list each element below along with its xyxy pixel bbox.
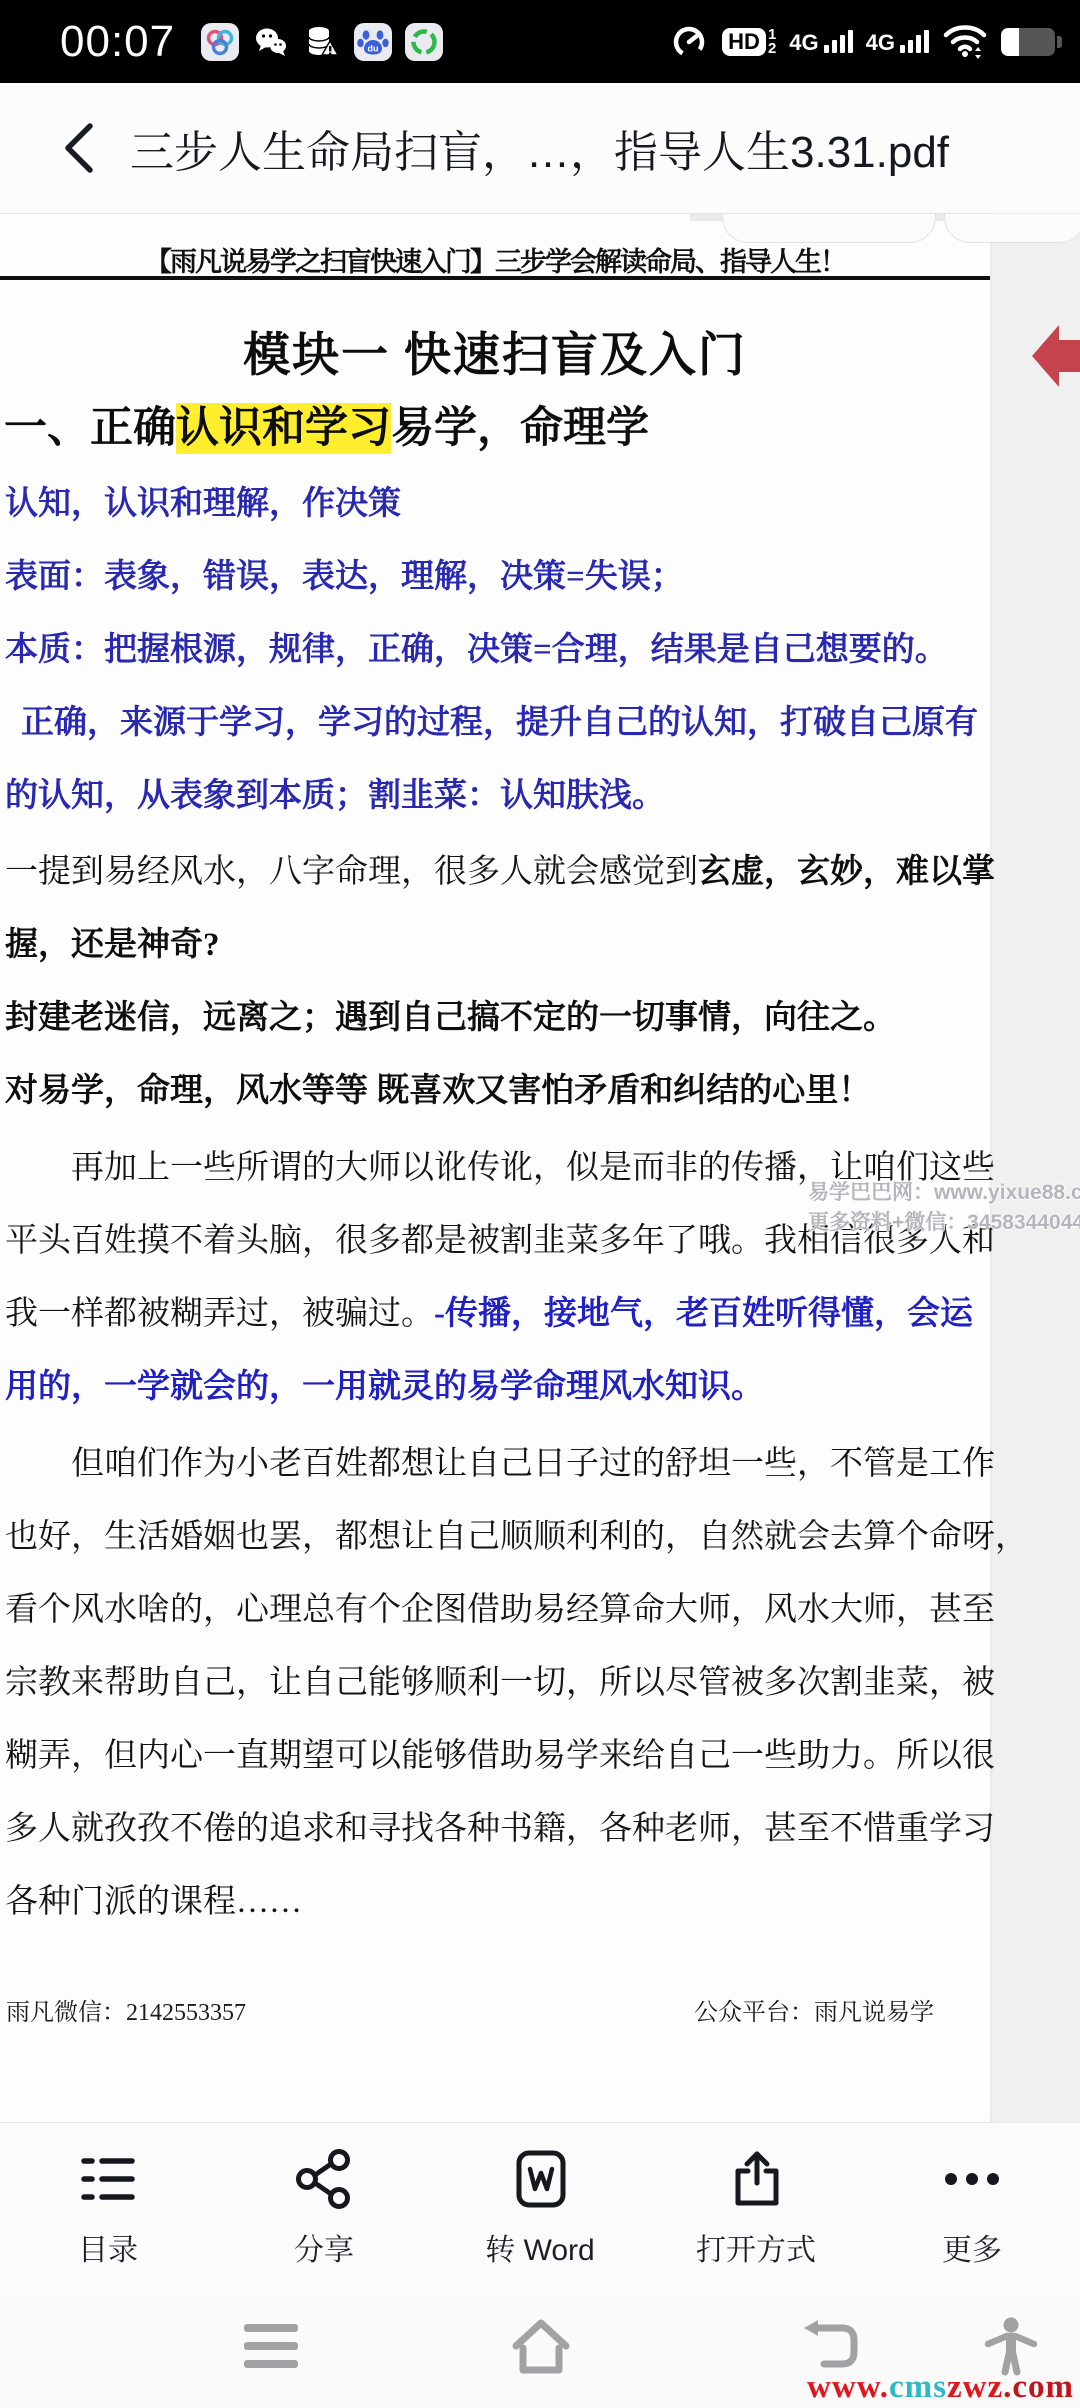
red-side-tab-arrow[interactable] <box>1032 314 1080 398</box>
toc-list-icon <box>78 2149 138 2209</box>
footer-wechat: 雨凡微信：2142553357 <box>6 1992 246 2027</box>
paragraph-1: 再加上一些所谓的大师以讹传讹，似是而非的传播，让咱们这些 平头百姓摸不着头脑，很… <box>5 1128 990 1420</box>
more-button[interactable]: 更多 <box>864 2123 1080 2295</box>
pdf-page-footer: 雨凡微信：2142553357 公众平台：雨凡说易学 <box>0 1992 990 2028</box>
wm-part: .com <box>1003 2369 1074 2405</box>
more-dots-icon <box>942 2149 1002 2209</box>
app-notification-icon-circles <box>201 23 239 61</box>
blue-notes-block: 认知，认识和理解，作决策 表面：表象，错误，表达，理解，决策=失误； 本质：把握… <box>5 464 990 829</box>
hd-sub: 2 <box>768 42 776 56</box>
notification-icons: du <box>201 23 443 61</box>
pdf-module-title: 模块一 快速扫盲及入门 <box>0 318 990 385</box>
text-line: 用的，一学就会的，一用就灵的易学命理风水知识。 <box>5 1347 990 1420</box>
text-normal: 一提到易经风水，八字命理，很多人就会感觉到 <box>5 845 698 892</box>
text-line: 正确，来源于学习，学习的过程，提升自己的认知，打破自己原有 <box>5 683 990 756</box>
battery-icon <box>1001 28 1062 56</box>
text-line: 的认知，从表象到本质；割韭菜：认知肤浅。 <box>5 756 990 829</box>
status-bar: 00:07 <box>0 0 1080 83</box>
text-line: 糊弄，但内心一直期望可以能够借助易学来给自己一些助力。所以很 <box>5 1716 990 1789</box>
convert-word-label: 转 Word <box>485 2225 594 2269</box>
heading-pre: 一、正确 <box>4 405 176 452</box>
text-bold: 玄虚，玄妙，难以掌 <box>698 845 995 892</box>
green-ring-icon <box>405 23 443 61</box>
share-label: 分享 <box>294 2225 354 2269</box>
pdf-section-heading: 一、正确认识和学习易学，命理学 <box>4 394 649 455</box>
app-header: 三步人生命局扫盲，…，指导人生3.31.pdf <box>0 83 1080 214</box>
open-with-icon <box>726 2149 786 2209</box>
database-alert-icon <box>303 23 341 61</box>
wm-part: zwz <box>947 2369 1003 2405</box>
wifi-icon <box>942 21 988 63</box>
watermark-line: 更多资料+微信：3458344044 <box>808 1208 1080 1238</box>
toc-button[interactable]: 目录 <box>0 2123 216 2295</box>
watermark-line: 易学巴巴网：www.yixue88.cn <box>808 1178 1080 1208</box>
back-chevron-icon <box>60 120 100 176</box>
net1-label: 4G <box>789 33 818 53</box>
svg-text:du: du <box>368 43 379 53</box>
page-top-bump <box>944 214 1080 243</box>
back-button[interactable] <box>52 118 108 178</box>
text-line: 握，还是神奇? <box>5 905 990 978</box>
pdf-toolbar: 目录 分享 转 Word 打开方式 <box>0 2122 1080 2295</box>
menu-button[interactable] <box>238 2314 304 2380</box>
pdf-viewport[interactable]: 【雨凡说易学之扫盲快速入门】三步学会解读命局、指导人生！ 模块一 快速扫盲及入门… <box>0 214 1080 2122</box>
cmszwz-watermark: www.cmszwz.com <box>807 2369 1074 2406</box>
text-line: 我一样都被糊弄过，被骗过。-传播，接地气，老百姓听得懂，会运 <box>5 1274 990 1347</box>
site-overlay-watermark: 易学巴巴网：www.yixue88.cn 更多资料+微信：3458344044 <box>808 1178 1080 1238</box>
text-line: 也好，生活婚姻也罢，都想让自己顺顺利利的，自然就会去算个命呀， <box>5 1497 990 1570</box>
pdf-running-header: 【雨凡说易学之扫盲快速入门】三步学会解读命局、指导人生！ <box>0 240 990 279</box>
text-line: 各种门派的课程…… <box>5 1862 990 1935</box>
share-nodes-icon <box>294 2149 354 2209</box>
convert-word-button[interactable]: 转 Word <box>432 2123 648 2295</box>
text-line: 宗教来帮助自己，让自己能够顺利一切，所以尽管被多次割韭菜，被 <box>5 1643 990 1716</box>
toc-label: 目录 <box>78 2225 138 2269</box>
heading-highlight: 认识和学习 <box>176 403 391 454</box>
text-normal: 我一样都被糊弄过，被骗过。 <box>5 1287 434 1334</box>
open-with-button[interactable]: 打开方式 <box>648 2123 864 2295</box>
wechat-icon <box>252 23 290 61</box>
hd-badge: HD <box>722 28 766 56</box>
net2-label: 4G <box>866 33 895 53</box>
wm-part: cms <box>889 2369 947 2405</box>
heading-post: 易学，命理学 <box>391 405 649 452</box>
speedometer-icon <box>669 22 709 62</box>
clock-time: 00:07 <box>60 17 175 67</box>
status-right-icons: HD 1 2 4G 4G <box>669 21 1062 63</box>
volte-hd-icon: HD 1 2 <box>722 28 776 56</box>
text-line: 对易学，命理，风水等等 既喜欢又害怕矛盾和纠结的心里！ <box>5 1051 990 1124</box>
text-line: 看个风水啥的，心理总有个企图借助易经算命大师，风水大师，甚至 <box>5 1570 990 1643</box>
more-label: 更多 <box>942 2225 1002 2269</box>
pdf-header-rule <box>0 276 990 280</box>
page-top-bump <box>722 214 936 243</box>
text-blue-bold: -传播，接地气，老百姓听得懂，会运 <box>434 1287 973 1334</box>
document-title: 三步人生命局扫盲，…，指导人生3.31.pdf <box>130 116 949 180</box>
paragraph-2: 但咱们作为小老百姓都想让自己日子过的舒坦一些，不管是工作 也好，生活婚姻也罢，都… <box>5 1424 990 1935</box>
baidu-icon: du <box>354 23 392 61</box>
footer-platform: 公众平台：雨凡说易学 <box>694 1992 934 2027</box>
open-with-label: 打开方式 <box>696 2225 816 2269</box>
text-line: 认知，认识和理解，作决策 <box>5 464 990 537</box>
text-line: 但咱们作为小老百姓都想让自己日子过的舒坦一些，不管是工作 <box>5 1424 990 1497</box>
intro-block: 一提到易经风水，八字命理，很多人就会感觉到玄虚，玄妙，难以掌 握，还是神奇? 封… <box>5 832 990 1124</box>
share-button[interactable]: 分享 <box>216 2123 432 2295</box>
wm-part: www. <box>807 2369 889 2405</box>
word-doc-icon <box>510 2149 570 2209</box>
text-line: 封建老迷信，远离之；遇到自己搞不定的一切事情，向往之。 <box>5 978 990 1051</box>
text-line: 本质：把握根源，规律，正确，决策=合理，结果是自己想要的。 <box>5 610 990 683</box>
text-line: 一提到易经风水，八字命理，很多人就会感觉到玄虚，玄妙，难以掌 <box>5 832 990 905</box>
home-button[interactable] <box>508 2314 574 2380</box>
signal-4g-sim2: 4G <box>866 30 929 53</box>
text-line: 多人就孜孜不倦的追求和寻找各种书籍，各种老师，甚至不惜重学习 <box>5 1789 990 1862</box>
text-line: 表面：表象，错误，表达，理解，决策=失误； <box>5 537 990 610</box>
signal-4g-sim1: 4G <box>789 30 852 53</box>
